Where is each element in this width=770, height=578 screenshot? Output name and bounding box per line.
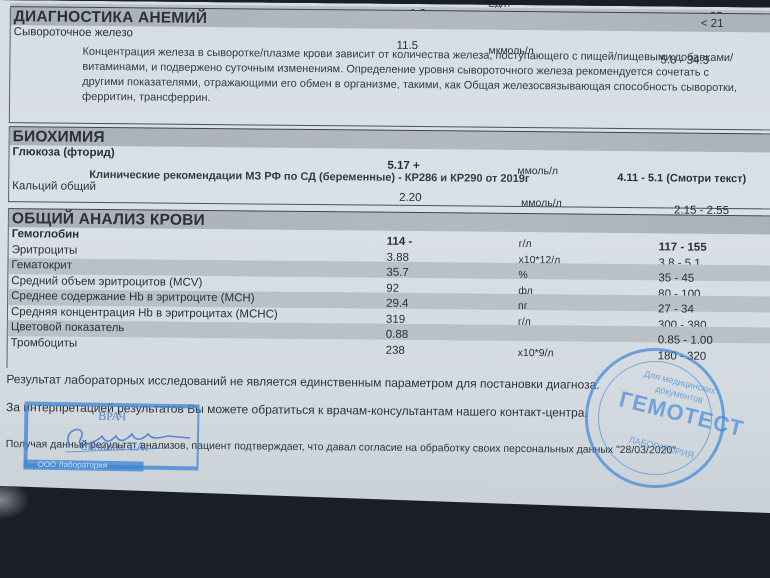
stamp-lab-text: ЛАБОРАТОРИЯ (628, 435, 695, 461)
test-name: Тромбоциты (11, 336, 78, 352)
section-biochemistry: БИОХИМИЯ Глюкоза (фторид) 5.17 + ммоль/л… (8, 126, 770, 209)
iron-note: Концентрация железа в сыворотке/плазме к… (82, 45, 743, 111)
value: 2.20 (399, 191, 422, 207)
section-anemia: ДИАГНОСТИКА АНЕМИЙ < 21 Сывороточное жел… (9, 6, 770, 130)
signature-icon (50, 418, 200, 458)
test-name: Средний объем эритроцитов (MCV) (11, 274, 202, 291)
stamp-lab-text: документов (654, 384, 704, 405)
test-name: Кальций общий (12, 179, 96, 195)
unit: х10*9/л (518, 345, 554, 361)
test-name: Сывороточное железо (14, 25, 133, 42)
test-name: Цветовой показатель (11, 320, 125, 337)
cbc-table: Гемоглобин114 -г/л117 - 155Эритроциты3.8… (8, 227, 770, 358)
test-name: Эритроциты (12, 243, 78, 259)
paper-edge-glare (0, 480, 30, 520)
value: 238 (386, 343, 405, 359)
unit: ммоль/л (521, 196, 562, 212)
stamp-doctor-org: ООО Лаборатория (23, 459, 143, 471)
test-name: Глюкоза (фторид) (12, 145, 114, 161)
reference-range: < 21 (701, 18, 724, 30)
test-name: Гематокрит (11, 258, 72, 274)
stamp-lab-text: Для медицинских (643, 369, 716, 396)
disclaimer-text: Результат лабораторных исследований не я… (6, 372, 599, 392)
test-name: Гемоглобин (12, 227, 80, 243)
